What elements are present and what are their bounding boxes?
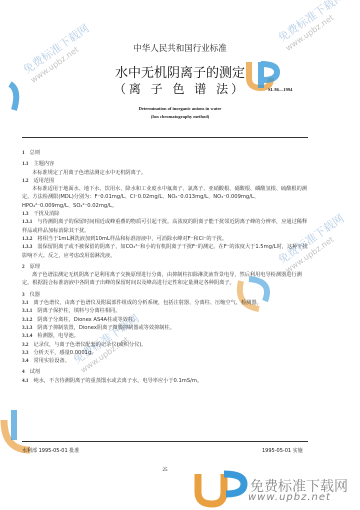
header-divider — [22, 137, 308, 138]
paragraph: 3.4常用实验设备。 — [22, 357, 308, 365]
document-title: 水中无机阴离子的测定 — [0, 62, 360, 81]
paragraph: 1.3.1与待测阴离子的保留时间相近或峰重叠的物质可引起干扰。高浓度的阴离子能干… — [22, 218, 308, 235]
document-page: 免费标准下载网www.upbz.net 免费标准下载网www.upbz.net … — [0, 0, 360, 510]
page-number: 25 — [0, 468, 330, 473]
section-heading: 4试剂 — [22, 368, 308, 376]
document-body: 1总则 1.1主题内容 本标准规定了用离子色谱法测定水中无机阴离子。 1.2适用… — [22, 149, 308, 385]
up-logo-icon — [192, 470, 248, 508]
watermark-url: www.upbz.net — [248, 492, 331, 503]
footer-divider — [22, 441, 308, 442]
paragraph: 3.1.3阴离子抑制装置，Dionex阴离子微膜抑制器或等效抑制柱。 — [22, 324, 308, 332]
paragraph: 1.3.3弱保留阴离子或不被保留的阴离子，如CO₃²⁻和小的有机阴离子干扰F⁻的… — [22, 243, 308, 260]
section-heading: 1.2适用范围 — [22, 177, 308, 185]
paragraph: 3.1.1阴离子保护柱，填料与分离柱相同。 — [22, 307, 308, 315]
document-subtitle: （离 子 色 谱 法） — [0, 80, 360, 97]
paragraph: 3.1离子色谱仪，由离子色谱仪及附属部件组成的分析系统，包括注射器、分离柱、压缩… — [22, 299, 308, 307]
paragraph: 3.1.2阴离子分离柱，Dionex AS4A柱或等效柱。 — [22, 316, 308, 324]
paragraph: 离子色谱法测定无机阴离子是利用离子交换原理进行分离，由抑制柱扣除淋洗液背景电导，… — [22, 271, 308, 288]
issuing-agency: 中华人民共和国行业标准 — [0, 42, 360, 54]
paragraph: 3.1.4检测器，电导池。 — [22, 332, 308, 340]
section-heading: 2原理 — [22, 263, 308, 271]
english-title: Determination of inorganic anions in wat… — [0, 106, 360, 111]
paragraph: 1.3.2将相当于1mL淋洗液加到10mL样品和标准溶液中，可消除水峰对F⁻和C… — [22, 235, 308, 243]
effective-date: 1995-05-01 实施 — [262, 447, 303, 454]
paragraph: 3.3分析天平，感量0.0001g。 — [22, 349, 308, 357]
approval-date: 水利部 1995-05-01 批准 — [22, 447, 79, 454]
paragraph: 3.2记录仪，与离子色谱仪配套的记录仪(或积分仪)。 — [22, 341, 308, 349]
section-heading: 3仪器 — [22, 291, 308, 299]
section-heading: 1.3干扰及消除 — [22, 210, 308, 218]
paragraph: 本标准适用于地面水、地下水、饮用水、降水和工业废水中氟离子、氯离子、亚硝酸根、硝… — [22, 185, 308, 210]
english-subtitle: (Ion chromatography method) — [0, 114, 360, 119]
paragraph: 本标准规定了用离子色谱法测定水中无机阴离子。 — [22, 169, 308, 177]
section-heading: 1.1主题内容 — [22, 160, 308, 168]
paragraph: 4.1纯水，不含待测阴离子的重蒸馏水或去离子水，电导率应小于0.1mS/m。 — [22, 377, 308, 385]
standard-code: SL 86—1994 — [268, 87, 292, 92]
section-heading: 1总则 — [22, 149, 308, 157]
